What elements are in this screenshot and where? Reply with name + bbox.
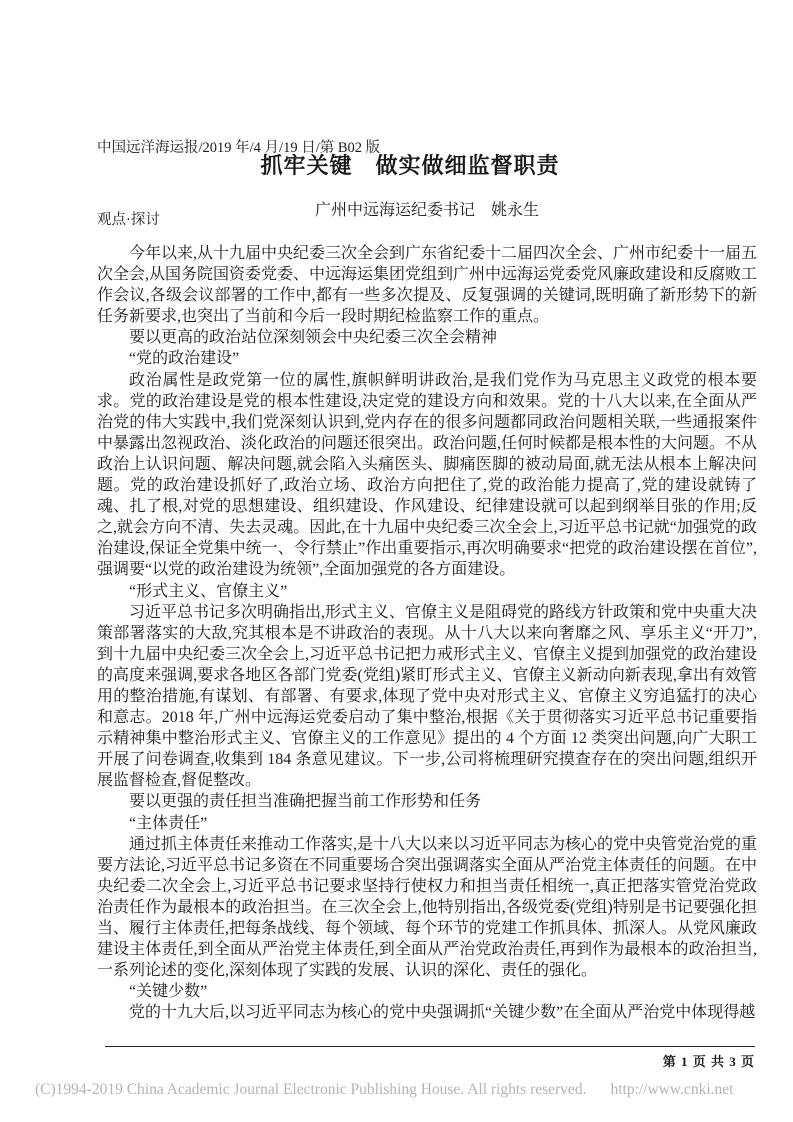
body-paragraph: 通过抓主体责任来推动工作落实,是十八大以来以习近平同志为核心的党中央管党治党的重… — [97, 834, 757, 982]
copyright-text: (C)1994-2019 China Academic Journal Elec… — [35, 1081, 586, 1098]
document-page: 中国远洋海运报/2019 年/4 月/19 日/第 B02 版 观点·探讨 抓牢… — [0, 0, 793, 1122]
section-subhead: “党的政治建设” — [97, 348, 757, 369]
cnki-url: http://www.cnki.net — [610, 1081, 733, 1098]
body-paragraph: 习近平总书记多次明确指出,形式主义、官僚主义是阻碍党的路线方针政策和党中央重大决… — [97, 602, 757, 792]
section-subhead: “形式主义、官僚主义” — [97, 581, 757, 602]
section-subhead: 要以更强的责任担当准确把握当前工作形势和任务 — [97, 791, 757, 812]
section-subhead: 要以更高的政治站位深刻领会中央纪委三次全会精神 — [97, 327, 757, 348]
copyright-line: (C)1994-2019 China Academic Journal Elec… — [35, 1081, 785, 1099]
body-paragraph: 政治属性是政党第一位的属性,旗帜鲜明讲政治,是我们党作为马克思主义政党的根本要求… — [97, 370, 757, 581]
article-byline: 广州中远海运纪委书记 姚永生 — [97, 200, 757, 222]
body-paragraph: 党的十九大后,以习近平同志为核心的党中央强调抓“关键少数”在全面从严治党中体现得… — [97, 1002, 757, 1023]
section-subhead: “关键少数” — [97, 981, 757, 1002]
article-body: 今年以来,从十九届中央纪委三次全会到广东省纪委十二届四次全会、广州市纪委十一届五… — [97, 243, 757, 1023]
body-paragraph: 今年以来,从十九届中央纪委三次全会到广东省纪委十二届四次全会、广州市纪委十一届五… — [97, 243, 757, 327]
article-title: 抓牢关键 做实做细监督职责 — [80, 150, 740, 182]
footer-divider — [105, 1046, 755, 1047]
page-indicator: 第 1 页 共 3 页 — [105, 1051, 755, 1070]
section-subhead: “主体责任” — [97, 813, 757, 834]
